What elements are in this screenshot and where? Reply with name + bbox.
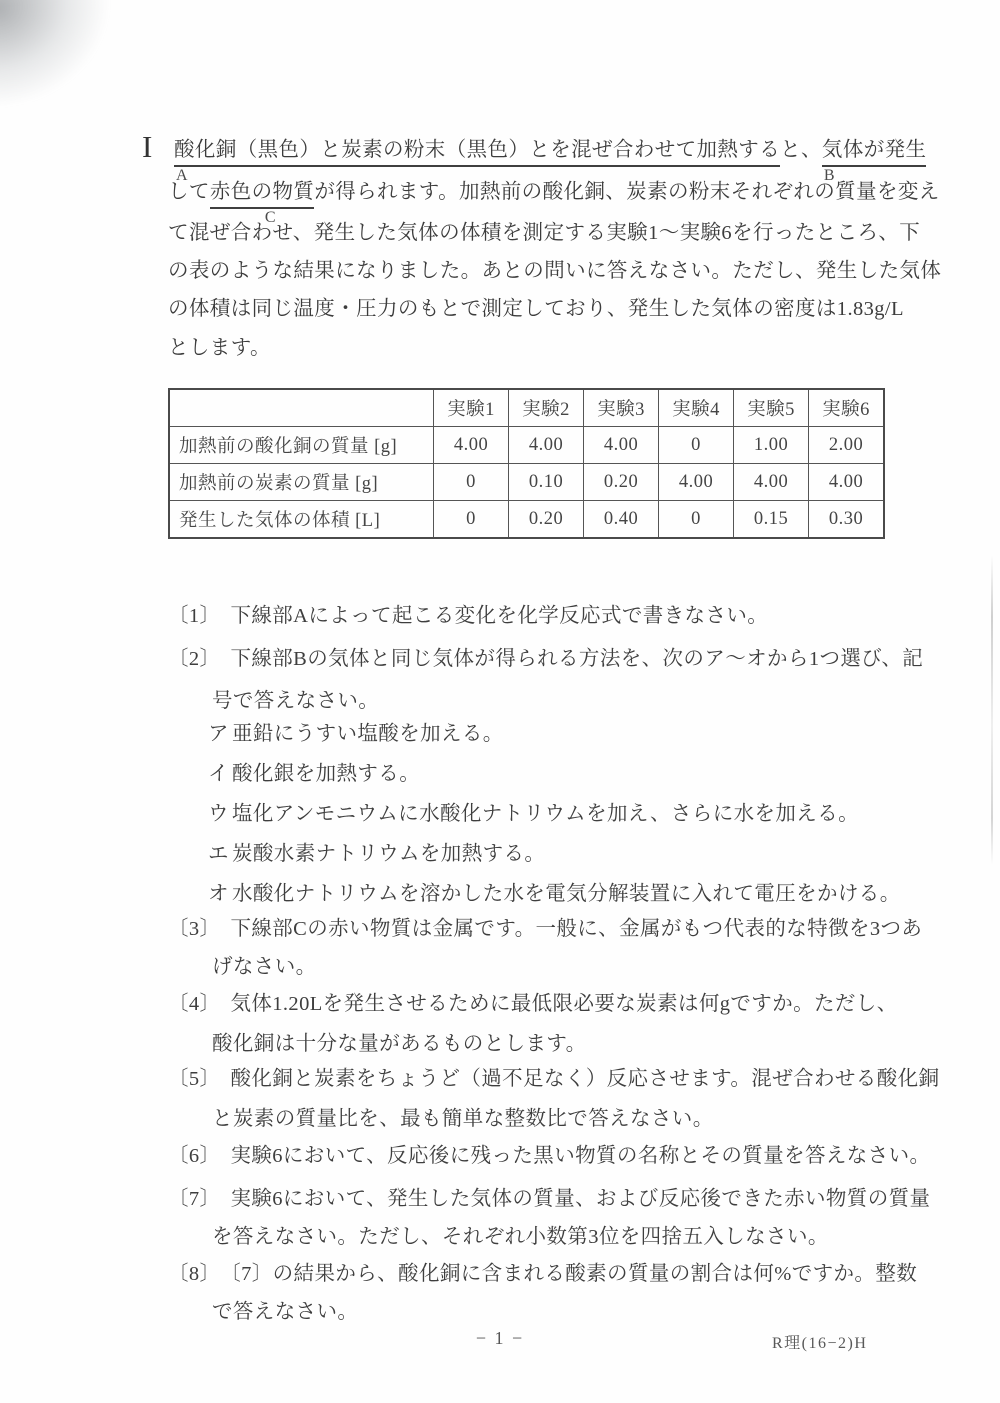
question-2-text: 下線部Bの気体と同じ気体が得られる方法を、次のア～オから1つ選び、記	[230, 648, 923, 670]
table-cell: 0	[659, 427, 734, 464]
question-6: 〔6〕実験6において、反応後に残った黒い物質の名称とその質量を答えなさい。	[168, 1138, 930, 1168]
option-a-text: 亜鉛にうすい塩酸を加える。	[232, 723, 504, 745]
table-row-label: 加熱前の炭素の質量 [g]	[169, 464, 434, 501]
table-cell: 4.00	[659, 464, 734, 501]
question-7-text: 実験6において、発生した気体の質量、および反応後できた赤い物質の質量	[230, 1188, 930, 1210]
table-row-label: 加熱前の酸化銅の質量 [g]	[169, 427, 434, 464]
underline-a-text: 酸化銅（黒色）と炭素の粉末（黒色）とを混ぜ合わせて加熱する	[174, 139, 780, 161]
intro-line-4: の表のような結果になりました。あとの問いに答えなさい。ただし、発生した気体	[168, 253, 941, 283]
question-2-line-2: 号で答えなさい。	[212, 683, 379, 713]
table-row: 発生した気体の体積 [L] 0 0.20 0.40 0 0.15 0.30	[169, 501, 884, 539]
exam-page: I酸化銅（黒色）と炭素の粉末（黒色）とを混ぜ合わせて加熱するAと、気体が発生B …	[0, 0, 1000, 1403]
option-u-label: ウ	[208, 796, 232, 826]
option-i: イ酸化銀を加熱する。	[208, 756, 420, 786]
question-4-line-2: 酸化銅は十分な量があるものとします。	[212, 1026, 587, 1056]
question-8-label: 〔8〕	[168, 1263, 220, 1285]
question-7: 〔7〕実験6において、発生した気体の質量、および反応後できた赤い物質の質量	[168, 1181, 930, 1211]
question-1: 〔1〕下線部Aによって起こる変化を化学反応式で書きなさい。	[168, 598, 768, 628]
table-cell: 0.20	[509, 501, 584, 539]
table-cell: 4.00	[434, 427, 509, 464]
table-cell: 0	[659, 501, 734, 539]
table-cell: 4.00	[734, 464, 809, 501]
table-cell: 4.00	[584, 427, 659, 464]
underline-b: 気体が発生B	[822, 139, 927, 167]
table-cell: 0.40	[584, 501, 659, 539]
option-u: ウ塩化アンモニウムに水酸化ナトリウムを加え、さらに水を加える。	[208, 796, 859, 826]
table-row: 加熱前の炭素の質量 [g] 0 0.10 0.20 4.00 4.00 4.00	[169, 464, 884, 501]
table-cell: 0.15	[734, 501, 809, 539]
intro-line-2: して赤色の物質Cが得られます。加熱前の酸化銅、炭素の粉末それぞれの質量を変え	[168, 174, 940, 204]
question-3: 〔3〕下線部Cの赤い物質は金属です。一般に、金属がもつ代表的な特徴を3つあ	[168, 911, 922, 941]
intro-line-2-post: が得られます。加熱前の酸化銅、炭素の粉末それぞれの質量を変え	[314, 181, 939, 203]
option-o-text: 水酸化ナトリウムを溶かした水を電気分解装置に入れて電圧をかける。	[232, 883, 901, 905]
option-o-label: オ	[208, 876, 232, 906]
question-2-label: 〔2〕	[168, 648, 220, 670]
question-5-label: 〔5〕	[168, 1068, 220, 1090]
question-8-line-2: で答えなさい。	[212, 1294, 358, 1324]
option-u-text: 塩化アンモニウムに水酸化ナトリウムを加え、さらに水を加える。	[232, 803, 859, 825]
underline-c: 赤色の物質C	[210, 181, 315, 209]
question-5-text: 酸化銅と炭素をちょうど（過不足なく）反応させます。混ぜ合わせる酸化銅	[230, 1068, 939, 1090]
underline-c-text: 赤色の物質	[210, 181, 315, 203]
question-6-text: 実験6において、反応後に残った黒い物質の名称とその質量を答えなさい。	[230, 1145, 930, 1167]
table-header-row: 実験1 実験2 実験3 実験4 実験5 実験6	[169, 389, 884, 427]
results-table: 実験1 実験2 実験3 実験4 実験5 実験6 加熱前の酸化銅の質量 [g] 4…	[168, 388, 885, 539]
table-row: 加熱前の酸化銅の質量 [g] 4.00 4.00 4.00 0 1.00 2.0…	[169, 427, 884, 464]
table-cell: 0.30	[809, 501, 885, 539]
option-a-label: ア	[208, 716, 232, 746]
scan-edge-streak	[991, 555, 993, 865]
scan-corner-smudge	[0, 0, 123, 106]
question-6-label: 〔6〕	[168, 1145, 220, 1167]
option-o: オ水酸化ナトリウムを溶かした水を電気分解装置に入れて電圧をかける。	[208, 876, 901, 906]
table-cell: 4.00	[509, 427, 584, 464]
question-5: 〔5〕酸化銅と炭素をちょうど（過不足なく）反応させます。混ぜ合わせる酸化銅	[168, 1061, 939, 1091]
question-2: 〔2〕下線部Bの気体と同じ気体が得られる方法を、次のア～オから1つ選び、記	[168, 641, 923, 671]
intro-line-5: の体積は同じ温度・圧力のもとで測定しており、発生した気体の密度は1.83g/L	[168, 291, 904, 321]
intro-line-3: て混ぜ合わせ、発生した気体の体積を測定する実験1～実験6を行ったところ、下	[168, 215, 920, 245]
table-header: 実験4	[659, 389, 734, 427]
table-cell: 0	[434, 501, 509, 539]
table-header: 実験3	[584, 389, 659, 427]
question-8-text: 〔7〕の結果から、酸化銅に含まれる酸素の質量の割合は何%ですか。整数	[230, 1263, 917, 1285]
table-header: 実験6	[809, 389, 885, 427]
table-cell: 0.20	[584, 464, 659, 501]
table-cell: 0.10	[509, 464, 584, 501]
question-8: 〔8〕〔7〕の結果から、酸化銅に含まれる酸素の質量の割合は何%ですか。整数	[168, 1256, 917, 1286]
option-e-label: エ	[208, 836, 232, 866]
page-number: − 1 −	[430, 1328, 570, 1349]
option-a: ア亜鉛にうすい塩酸を加える。	[208, 716, 504, 746]
intro-line-2-pre: して	[168, 181, 210, 203]
option-i-text: 酸化銀を加熱する。	[232, 763, 420, 785]
table-cell: 1.00	[734, 427, 809, 464]
question-3-label: 〔3〕	[168, 918, 220, 940]
table-header: 実験1	[434, 389, 509, 427]
question-4: 〔4〕気体1.20Lを発生させるために最低限必要な炭素は何gですか。ただし、	[168, 986, 898, 1016]
intro-line-1-mid: と、	[780, 139, 822, 161]
question-7-label: 〔7〕	[168, 1188, 220, 1210]
table-row-label: 発生した気体の体積 [L]	[169, 501, 434, 539]
intro-line-6: とします。	[168, 330, 271, 360]
table-header: 実験5	[734, 389, 809, 427]
table-cell: 0	[434, 464, 509, 501]
question-1-text: 下線部Aによって起こる変化を化学反応式で書きなさい。	[230, 605, 768, 627]
question-4-text: 気体1.20Lを発生させるために最低限必要な炭素は何gですか。ただし、	[230, 993, 897, 1015]
option-i-label: イ	[208, 756, 232, 786]
intro-line-1: I酸化銅（黒色）と炭素の粉末（黒色）とを混ぜ合わせて加熱するAと、気体が発生B	[168, 132, 926, 162]
question-3-text: 下線部Cの赤い物質は金属です。一般に、金属がもつ代表的な特徴を3つあ	[230, 918, 922, 940]
question-3-line-2: げなさい。	[212, 949, 317, 979]
option-e-text: 炭酸水素ナトリウムを加熱する。	[232, 843, 545, 865]
document-code: R理(16−2)H	[772, 1330, 867, 1353]
table-cell: 4.00	[809, 464, 885, 501]
table-cell: 2.00	[809, 427, 885, 464]
question-7-line-2: を答えなさい。ただし、それぞれ小数第3位を四捨五入しなさい。	[212, 1219, 829, 1249]
table-header: 実験2	[509, 389, 584, 427]
question-4-label: 〔4〕	[168, 993, 220, 1015]
question-5-line-2: と炭素の質量比を、最も簡単な整数比で答えなさい。	[212, 1101, 714, 1131]
question-1-label: 〔1〕	[168, 605, 220, 627]
underline-b-text: 気体が発生	[822, 139, 927, 161]
section-numeral: I	[142, 129, 152, 165]
underline-a: 酸化銅（黒色）と炭素の粉末（黒色）とを混ぜ合わせて加熱するA	[174, 139, 780, 167]
option-e: エ炭酸水素ナトリウムを加熱する。	[208, 836, 545, 866]
table-corner-cell	[169, 389, 434, 427]
